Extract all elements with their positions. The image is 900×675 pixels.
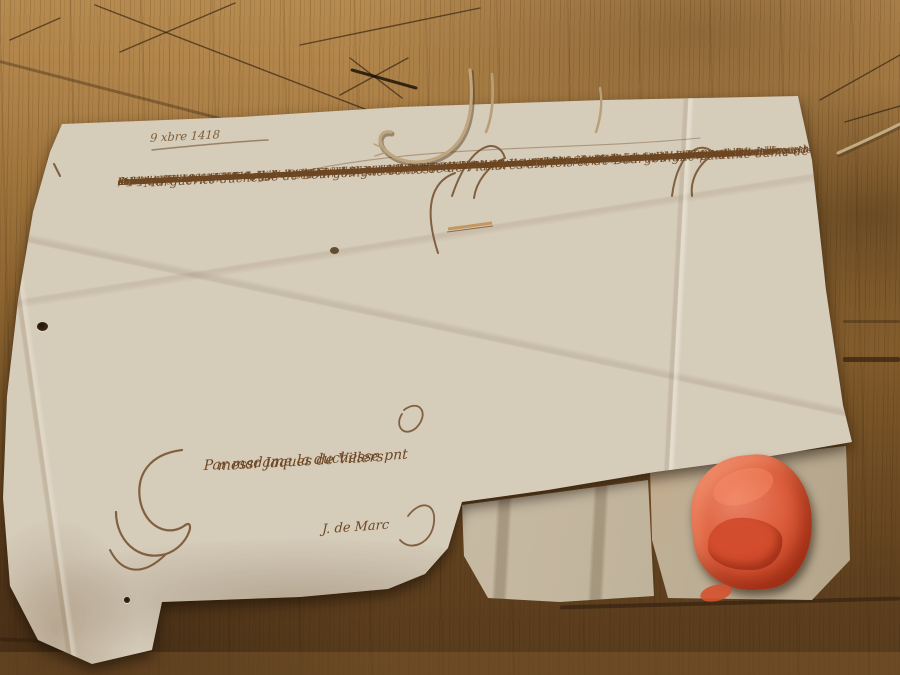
photo-scene: 9 xbre 1418 Marguerite duchesse de Bourg…: [0, 0, 900, 675]
parchment-cord: [0, 0, 900, 675]
